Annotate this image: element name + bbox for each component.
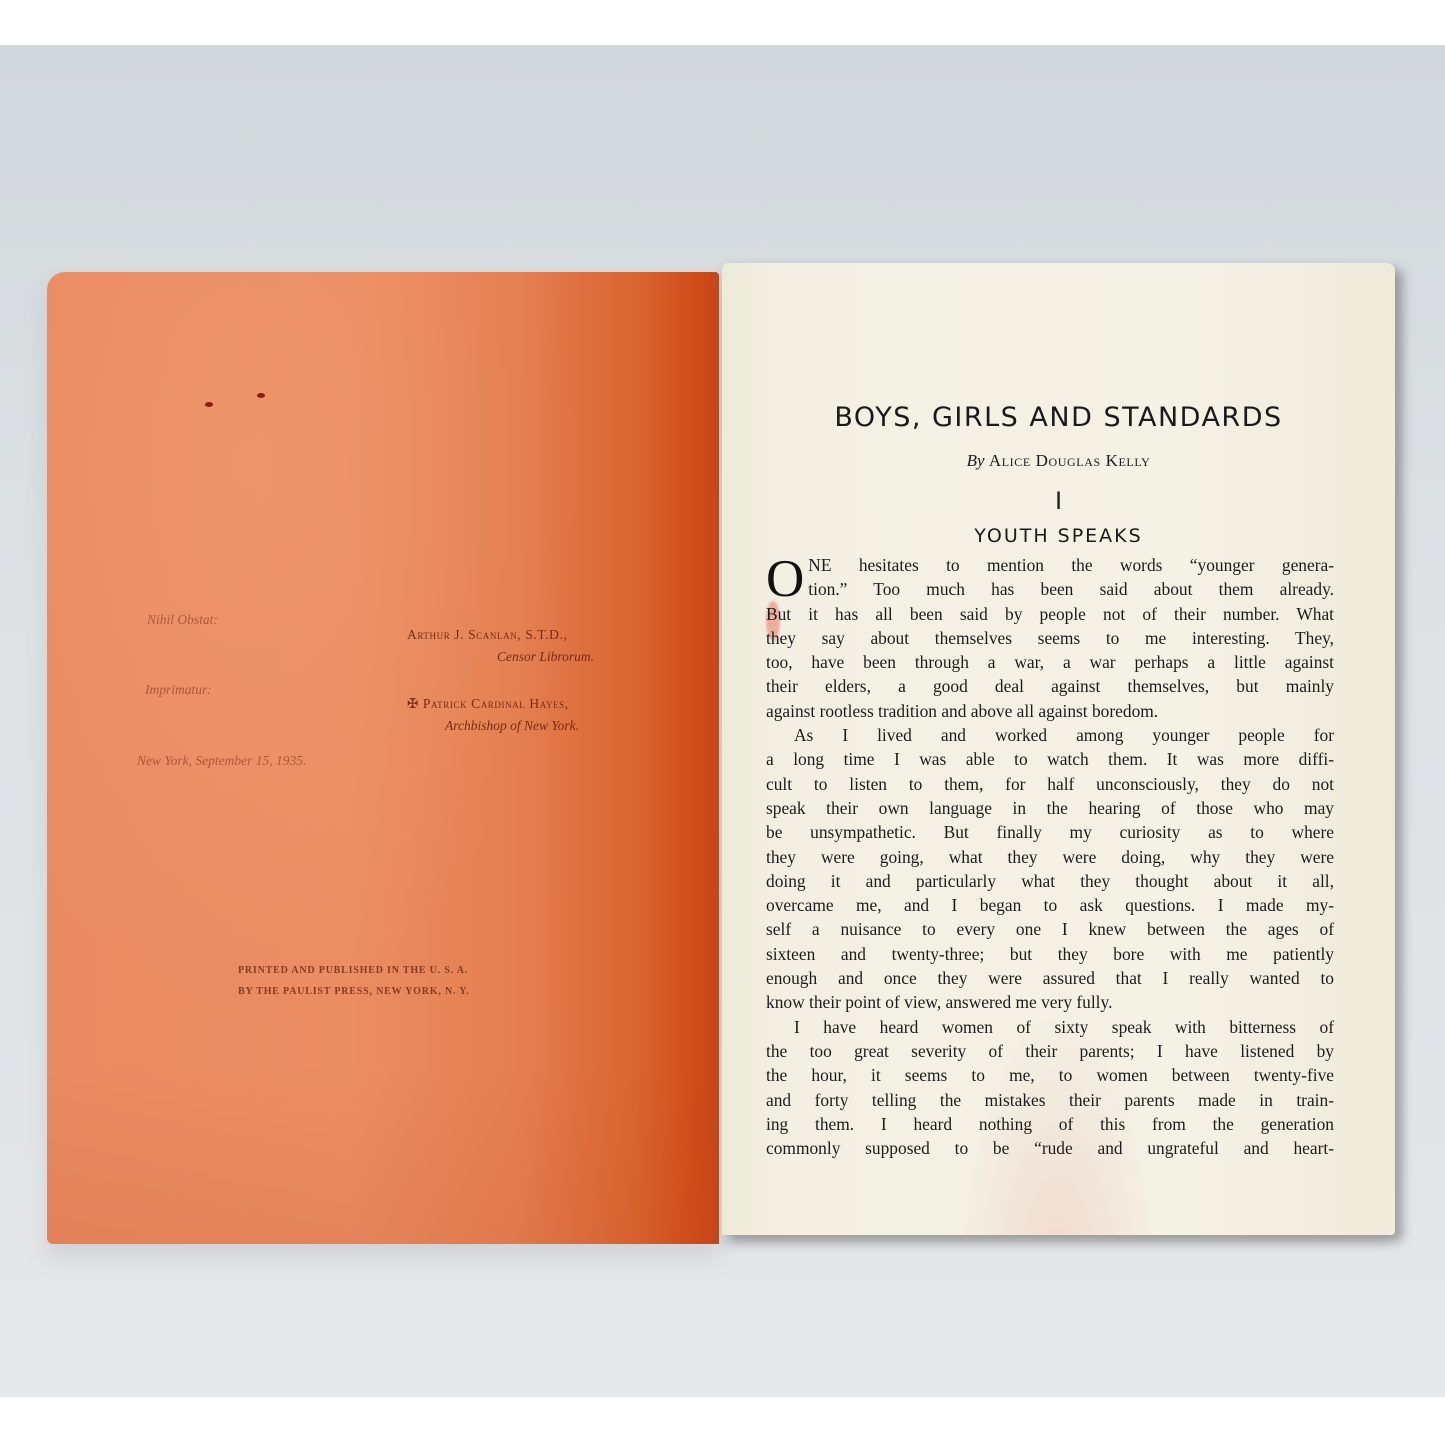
section-title: YOUTH SPEAKS bbox=[722, 525, 1395, 547]
text-line: cult to listen to them, for half unconsc… bbox=[766, 772, 1334, 796]
censor-title-text: Censor Librorum. bbox=[497, 649, 594, 664]
paragraph-3: I have heard women of sixty speak with b… bbox=[766, 1015, 1334, 1161]
text-line: As I lived and worked among younger peop… bbox=[766, 723, 1334, 747]
text-line: commonly supposed to be “rude and ungrat… bbox=[766, 1136, 1334, 1160]
text-line: self a nuisance to every one I knew betw… bbox=[766, 917, 1334, 941]
text-line: NE hesitates to mention the words “young… bbox=[766, 553, 1334, 577]
paragraph-1: O NE hesitates to mention the words “you… bbox=[766, 553, 1334, 723]
article-body: O NE hesitates to mention the words “you… bbox=[766, 553, 1334, 1160]
author-name: Alice Douglas Kelly bbox=[989, 451, 1151, 470]
archbishop-title-text: Archbishop of New York. bbox=[445, 718, 579, 733]
printer-imprint: Printed and published in the U. S. A. by… bbox=[238, 960, 538, 1002]
text-line: against rootless tradition and above all… bbox=[766, 699, 1334, 723]
text-line: too, have been through a war, a war perh… bbox=[766, 650, 1334, 674]
text-line: enough and once they were assured that I… bbox=[766, 966, 1334, 990]
text-line: a long time I was able to watch them. It… bbox=[766, 747, 1334, 771]
censor-title: Censor Librorum. bbox=[497, 649, 594, 665]
nihil-obstat-label: Nihil Obstat: bbox=[147, 612, 218, 628]
text-line: and forty telling the mistakes their par… bbox=[766, 1088, 1334, 1112]
text-line: speak their own language in the hearing … bbox=[766, 796, 1334, 820]
pin-hole bbox=[257, 393, 265, 398]
archbishop-name: Patrick Cardinal Hayes, bbox=[423, 696, 569, 711]
left-page-back-cover: Nihil Obstat: Arthur J. Scanlan, S.T.D.,… bbox=[47, 272, 719, 1244]
archbishop-line: ✠ Patrick Cardinal Hayes, bbox=[407, 696, 569, 712]
text-line: doing it and particularly what they thou… bbox=[766, 869, 1334, 893]
text-line: I have heard women of sixty speak with b… bbox=[766, 1015, 1334, 1039]
date-line: New York, September 15, 1935. bbox=[137, 753, 306, 769]
text-line: the hour, it seems to me, to women betwe… bbox=[766, 1063, 1334, 1087]
pin-hole bbox=[205, 402, 213, 407]
text-line: know their point of view, answered me ve… bbox=[766, 990, 1334, 1014]
paragraph-2: As I lived and worked among younger peop… bbox=[766, 723, 1334, 1015]
censor-name: Arthur J. Scanlan, S.T.D., bbox=[407, 627, 567, 643]
text-line: they say about themselves seems to me in… bbox=[766, 626, 1334, 650]
drop-cap: O bbox=[766, 557, 804, 601]
cross-icon: ✠ bbox=[407, 696, 419, 711]
text-line: But it has all been said by people not o… bbox=[766, 602, 1334, 626]
byline: By Alice Douglas Kelly bbox=[722, 451, 1395, 471]
text-line: be unsympathetic. But finally my curiosi… bbox=[766, 820, 1334, 844]
article-title: BOYS, GIRLS AND STANDARDS bbox=[722, 402, 1395, 433]
right-page-article: BOYS, GIRLS AND STANDARDS By Alice Dougl… bbox=[722, 263, 1395, 1235]
imprimatur-label: Imprimatur: bbox=[145, 682, 212, 698]
text-line: overcame me, and I began to ask question… bbox=[766, 893, 1334, 917]
section-numeral: I bbox=[722, 487, 1395, 515]
text-line: sixteen and twenty-three; but they bore … bbox=[766, 942, 1334, 966]
imprint-line-1: Printed and published in the U. S. A. bbox=[238, 960, 538, 981]
text-line: the too great severity of their parents;… bbox=[766, 1039, 1334, 1063]
text-line: they were going, what they were doing, w… bbox=[766, 845, 1334, 869]
archbishop-title: Archbishop of New York. bbox=[445, 718, 579, 734]
text-line: tion.” Too much has been said about them… bbox=[766, 577, 1334, 601]
text-line: their elders, a good deal against themse… bbox=[766, 674, 1334, 698]
text-line: ing them. I heard nothing of this from t… bbox=[766, 1112, 1334, 1136]
imprint-line-2: by the Paulist Press, New York, N. Y. bbox=[238, 981, 538, 1002]
byline-prefix: By bbox=[967, 451, 985, 470]
